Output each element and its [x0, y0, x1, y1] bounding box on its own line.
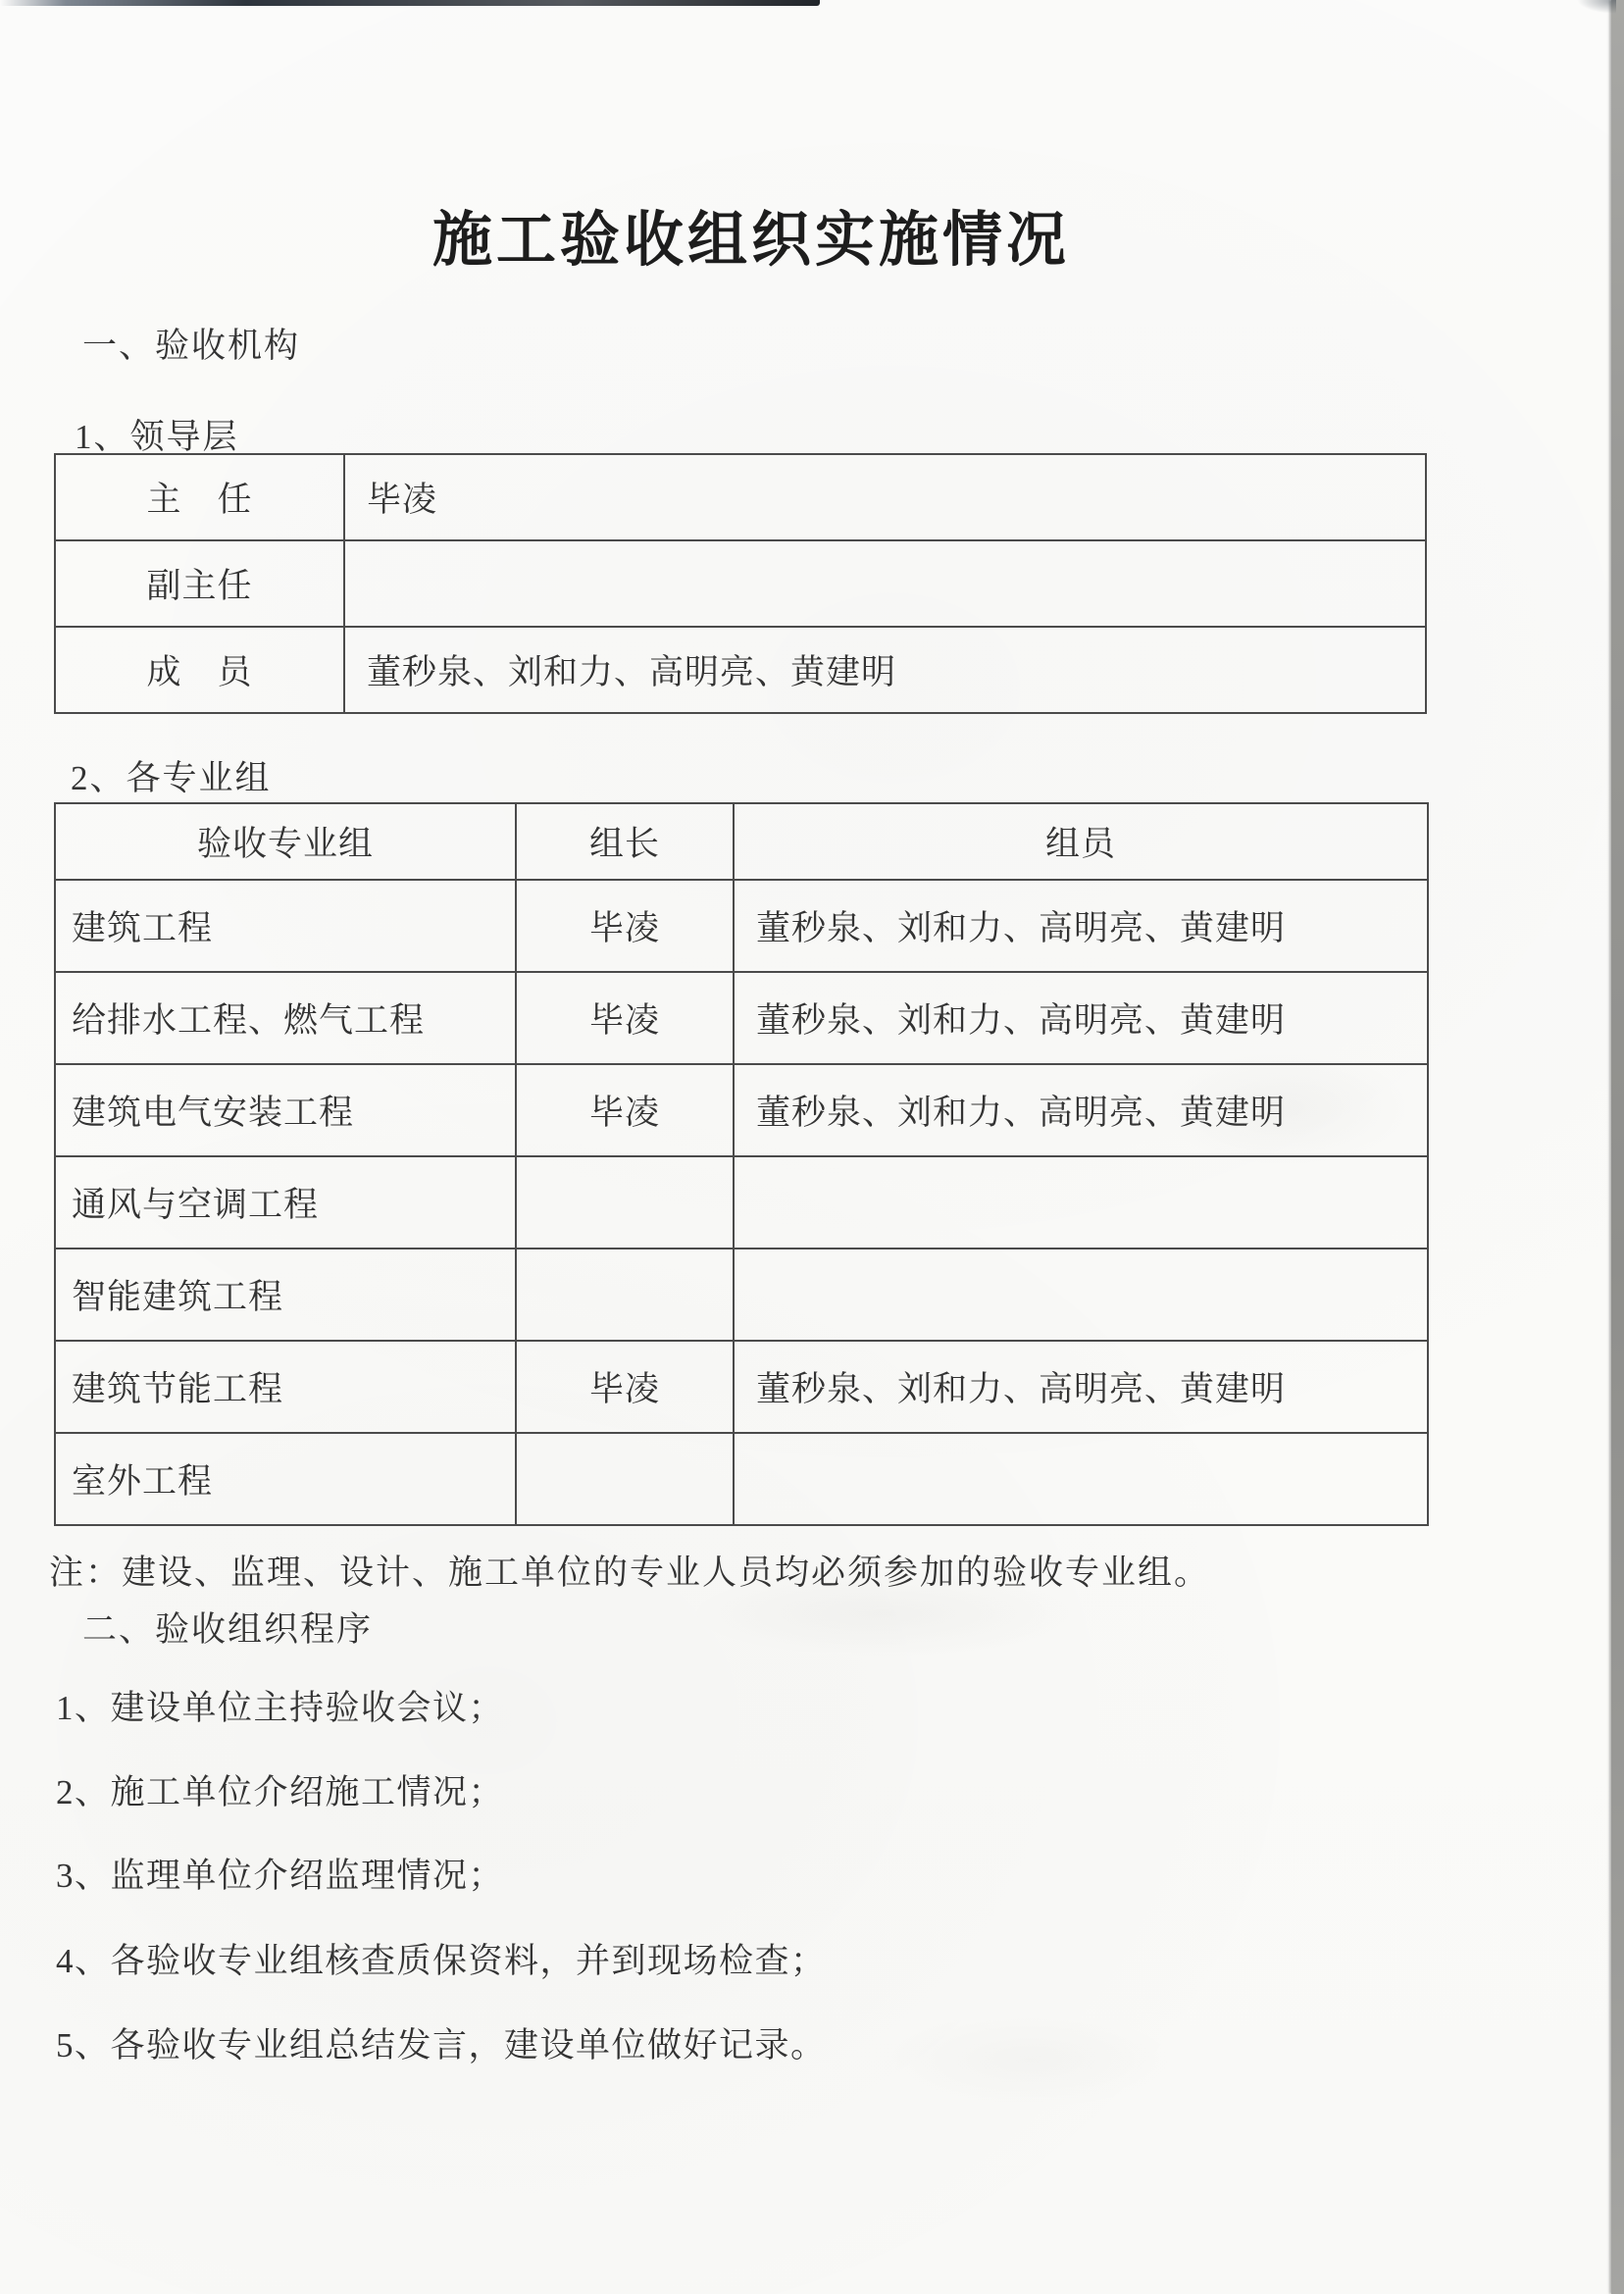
group-cell: 通风与空调工程	[55, 1156, 516, 1249]
scanned-document-page: { "title": "施工验收组织实施情况", "section1": { "…	[0, 0, 1624, 2294]
procedure-item-5: 5、各验收专业组总结发言，建设单位做好记录。	[56, 2018, 827, 2067]
column-header-group: 验收专业组	[55, 803, 516, 880]
members-cell	[734, 1433, 1428, 1525]
procedure-item-1: 1、建设单位主持验收会议；	[56, 1681, 504, 1730]
scan-smudge	[883, 2011, 1177, 2109]
page-title: 施工验收组织实施情况	[0, 192, 1502, 278]
table-row: 室外工程	[55, 1433, 1428, 1525]
names-cell-deputy-director	[344, 540, 1426, 627]
role-cell-director: 主 任	[55, 454, 344, 540]
table-row: 副主任	[55, 540, 1426, 627]
table-footnote: 注：建设、监理、设计、施工单位的专业人员均必须参加的验收专业组。	[49, 1546, 1210, 1595]
leadership-table: 主 任 毕凌 副主任 成 员 董秒泉、刘和力、高明亮、黄建明	[54, 453, 1427, 714]
section-heading-acceptance-organization: 一、验收机构	[82, 319, 300, 368]
leader-cell: 毕凌	[516, 1064, 734, 1156]
names-cell-director: 毕凌	[344, 454, 1426, 540]
leader-cell: 毕凌	[516, 880, 734, 972]
section-heading-acceptance-procedure: 二、验收组织程序	[82, 1603, 373, 1652]
members-cell: 董秒泉、刘和力、高明亮、黄建明	[734, 880, 1428, 972]
specialty-groups-table: 验收专业组 组长 组员 建筑工程 毕凌 董秒泉、刘和力、高明亮、黄建明 给排水工…	[54, 802, 1429, 1526]
scan-top-edge-shadow	[0, 0, 820, 6]
table-row: 智能建筑工程	[55, 1249, 1428, 1341]
names-cell-members: 董秒泉、刘和力、高明亮、黄建明	[344, 627, 1426, 713]
subsection-heading-specialty-groups: 2、各专业组	[71, 751, 272, 800]
scan-corner-shadow	[1577, 0, 1616, 14]
members-cell	[734, 1249, 1428, 1341]
leader-cell: 毕凌	[516, 972, 734, 1064]
members-cell: 董秒泉、刘和力、高明亮、黄建明	[734, 972, 1428, 1064]
group-cell: 建筑工程	[55, 880, 516, 972]
scan-right-edge-strip	[1611, 0, 1624, 2294]
members-cell: 董秒泉、刘和力、高明亮、黄建明	[734, 1064, 1428, 1156]
table-row: 通风与空调工程	[55, 1156, 1428, 1249]
group-cell: 智能建筑工程	[55, 1249, 516, 1341]
column-header-leader: 组长	[516, 803, 734, 880]
leader-cell	[516, 1249, 734, 1341]
table-row: 建筑电气安装工程 毕凌 董秒泉、刘和力、高明亮、黄建明	[55, 1064, 1428, 1156]
members-cell	[734, 1156, 1428, 1249]
members-cell: 董秒泉、刘和力、高明亮、黄建明	[734, 1341, 1428, 1433]
table-row: 成 员 董秒泉、刘和力、高明亮、黄建明	[55, 627, 1426, 713]
procedure-item-4: 4、各验收专业组核查质保资料，并到现场检查；	[56, 1934, 827, 1983]
group-cell: 建筑电气安装工程	[55, 1064, 516, 1156]
subsection-heading-leadership: 1、领导层	[75, 410, 239, 459]
table-header-row: 验收专业组 组长 组员	[55, 803, 1428, 880]
group-cell: 建筑节能工程	[55, 1341, 516, 1433]
leader-cell: 毕凌	[516, 1341, 734, 1433]
procedure-item-2: 2、施工单位介绍施工情况；	[56, 1765, 504, 1814]
table-row: 建筑节能工程 毕凌 董秒泉、刘和力、高明亮、黄建明	[55, 1341, 1428, 1433]
column-header-members: 组员	[734, 803, 1428, 880]
role-cell-deputy-director: 副主任	[55, 540, 344, 627]
procedure-item-3: 3、监理单位介绍监理情况；	[56, 1849, 504, 1898]
role-cell-members: 成 员	[55, 627, 344, 713]
table-row: 给排水工程、燃气工程 毕凌 董秒泉、刘和力、高明亮、黄建明	[55, 972, 1428, 1064]
table-row: 主 任 毕凌	[55, 454, 1426, 540]
table-row: 建筑工程 毕凌 董秒泉、刘和力、高明亮、黄建明	[55, 880, 1428, 972]
leader-cell	[516, 1433, 734, 1525]
leader-cell	[516, 1156, 734, 1249]
group-cell: 室外工程	[55, 1433, 516, 1525]
group-cell: 给排水工程、燃气工程	[55, 972, 516, 1064]
